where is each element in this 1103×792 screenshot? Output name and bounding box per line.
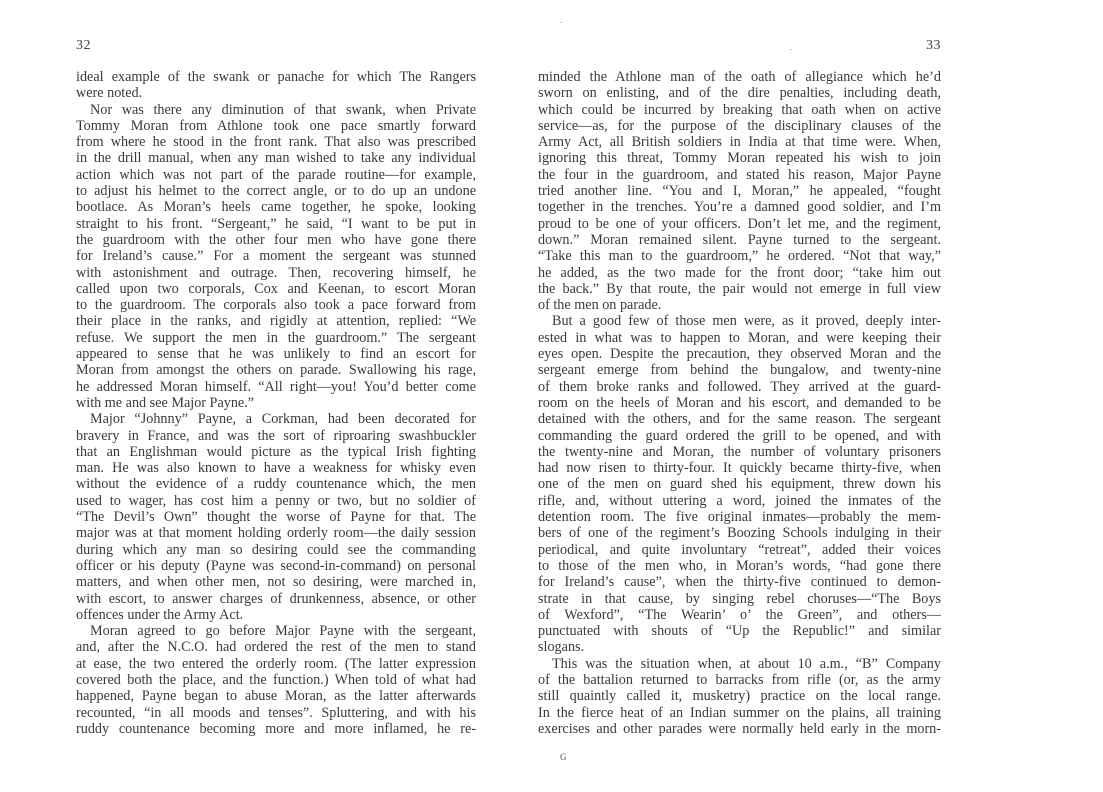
- text-line: straight to his front. “Sergeant,” he sa…: [76, 216, 476, 232]
- text-line: he added, as the two made for the front …: [538, 265, 941, 281]
- text-line: This was the situation when, at about 10…: [538, 656, 941, 672]
- text-line: In the fierce heat of an Indian summer o…: [538, 705, 941, 721]
- text-line: of Wexford”, “The Wearin’ o’ the Green”,…: [538, 607, 941, 623]
- text-line: that an Englishman would picture as the …: [76, 444, 476, 460]
- text-line: service—as, for the purpose of the disci…: [538, 118, 941, 134]
- text-line: strate in that cause, by singing rebel c…: [538, 591, 941, 607]
- text-line: were noted.: [76, 85, 476, 101]
- text-line: without the evidence of a ruddy countena…: [76, 476, 476, 492]
- page-body: minded the Athlone man of the oath of al…: [538, 69, 941, 737]
- text-line: still quaintly called it, musketry) prac…: [538, 688, 941, 704]
- text-line: Moran from amongst the others on parade.…: [76, 362, 476, 378]
- text-line: periodical, and quite involuntary “retre…: [538, 542, 941, 558]
- text-line: during which any man so desiring could s…: [76, 542, 476, 558]
- text-line: tried another line. “You and I, Moran,” …: [538, 183, 941, 199]
- text-line: he addressed Moran himself. “All right—y…: [76, 379, 476, 395]
- scan-speck: [790, 49, 792, 50]
- text-line: their place in the ranks, and rigidly at…: [76, 313, 476, 329]
- text-line: bravery in France, and was the sort of r…: [76, 428, 476, 444]
- text-line: with escort, to answer charges of drunke…: [76, 591, 476, 607]
- text-line: Army Act, all British soldiers in India …: [538, 134, 941, 150]
- text-line: used to wager, has cost him a penny or t…: [76, 493, 476, 509]
- text-line: “The Devil’s Own” thought the worse of P…: [76, 509, 476, 525]
- text-line: to the guardroom. The corporals also too…: [76, 297, 476, 313]
- text-line: “Take this man to the guardroom,” he ord…: [538, 248, 941, 264]
- text-line: punctuated with shouts of “Up the Republ…: [538, 623, 941, 639]
- page-body: ideal example of the swank or panache fo…: [76, 69, 476, 737]
- text-line: for Ireland’s cause.” For a moment the s…: [76, 248, 476, 264]
- left-page: 32 ideal example of the swank or panache…: [76, 0, 476, 792]
- text-line: proud to be one of your officers. Don’t …: [538, 216, 941, 232]
- text-line: covered both the place, and the function…: [76, 672, 476, 688]
- text-line: together in the trenches. You’re a damne…: [538, 199, 941, 215]
- text-line: the back.” By that route, the pair would…: [538, 281, 941, 297]
- text-line: of the battalion returned to barracks fr…: [538, 672, 941, 688]
- text-line: which could be incurred by breaking that…: [538, 102, 941, 118]
- text-line: the twenty-nine and Moran, the number of…: [538, 444, 941, 460]
- text-line: Major “Johnny” Payne, a Corkman, had bee…: [76, 411, 476, 427]
- text-line: had now risen to thirty-four. It quickly…: [538, 460, 941, 476]
- text-line: slogans.: [538, 639, 941, 655]
- text-line: minded the Athlone man of the oath of al…: [538, 69, 941, 85]
- text-line: the four in the guardroom, and stated hi…: [538, 167, 941, 183]
- text-line: refuse. We support the men in the guardr…: [76, 330, 476, 346]
- text-line: rifle, and, without uttering a word, joi…: [538, 493, 941, 509]
- text-line: sworn on enlisting, and of the dire pena…: [538, 85, 941, 101]
- text-line: the guardroom with the other four men wh…: [76, 232, 476, 248]
- text-line: offences under the Army Act.: [76, 607, 476, 623]
- text-line: bers of one of the regiment’s Boozing Sc…: [538, 525, 941, 541]
- text-line: appeared to sense that he was unlikely t…: [76, 346, 476, 362]
- text-line: of them broke ranks and followed. They a…: [538, 379, 941, 395]
- text-line: called upon two corporals, Cox and Keena…: [76, 281, 476, 297]
- text-line: from where he stood in the front rank. T…: [76, 134, 476, 150]
- signature-mark: G: [560, 752, 567, 762]
- text-line: officer or his deputy (Payne was second-…: [76, 558, 476, 574]
- page-number: 32: [76, 38, 91, 54]
- text-line: happened, Payne began to abuse Moran, as…: [76, 688, 476, 704]
- text-line: in the drill manual, when any man wished…: [76, 150, 476, 166]
- text-line: for Ireland’s cause”, when the thirty-fi…: [538, 574, 941, 590]
- text-line: eyes open. Despite the precaution, they …: [538, 346, 941, 362]
- text-line: Tommy Moran from Athlone took one pace s…: [76, 118, 476, 134]
- text-line: and, after the N.C.O. had ordered the re…: [76, 639, 476, 655]
- text-line: down.” Moran remained silent. Payne turn…: [538, 232, 941, 248]
- text-line: bootlace. As Moran’s heels came together…: [76, 199, 476, 215]
- text-line: exercises and other parades were normall…: [538, 721, 941, 737]
- text-line: sergeant emerge from behind the bungalow…: [538, 362, 941, 378]
- text-line: with me and see Major Payne.”: [76, 395, 476, 411]
- text-line: But a good few of those men were, as it …: [538, 313, 941, 329]
- text-line: one of the men on guard shed his equipme…: [538, 476, 941, 492]
- text-line: detained with the others, and for the sa…: [538, 411, 941, 427]
- text-line: room on the heels of Moran and his escor…: [538, 395, 941, 411]
- text-line: matters, and when other men, not so desi…: [76, 574, 476, 590]
- text-line: ignoring this threat, Tommy Moran repeat…: [538, 150, 941, 166]
- text-line: ideal example of the swank or panache fo…: [76, 69, 476, 85]
- text-line: recounted, “in all moods and tenses”. Sp…: [76, 705, 476, 721]
- text-line: to adjust his helmet to the correct angl…: [76, 183, 476, 199]
- text-line: ruddy countenance becoming more and more…: [76, 721, 476, 737]
- text-line: major was at that moment holding orderly…: [76, 525, 476, 541]
- text-line: ested in what was to happen to Moran, an…: [538, 330, 941, 346]
- text-line: commanding the guard ordered the grill t…: [538, 428, 941, 444]
- text-line: Nor was there any diminution of that swa…: [76, 102, 476, 118]
- right-page: 33 minded the Athlone man of the oath of…: [538, 0, 941, 792]
- text-line: Moran agreed to go before Major Payne wi…: [76, 623, 476, 639]
- text-line: detention room. The five original inmate…: [538, 509, 941, 525]
- text-line: action which was not part of the parade …: [76, 167, 476, 183]
- text-line: with astonishment and outrage. Then, rec…: [76, 265, 476, 281]
- text-line: man. He was also known to have a weaknes…: [76, 460, 476, 476]
- scan-speck: [560, 22, 562, 23]
- text-line: of the men on parade.: [538, 297, 941, 313]
- page-number: 33: [926, 38, 941, 54]
- text-line: at ease, the two entered the orderly roo…: [76, 656, 476, 672]
- text-line: to those of the men who, in Moran’s word…: [538, 558, 941, 574]
